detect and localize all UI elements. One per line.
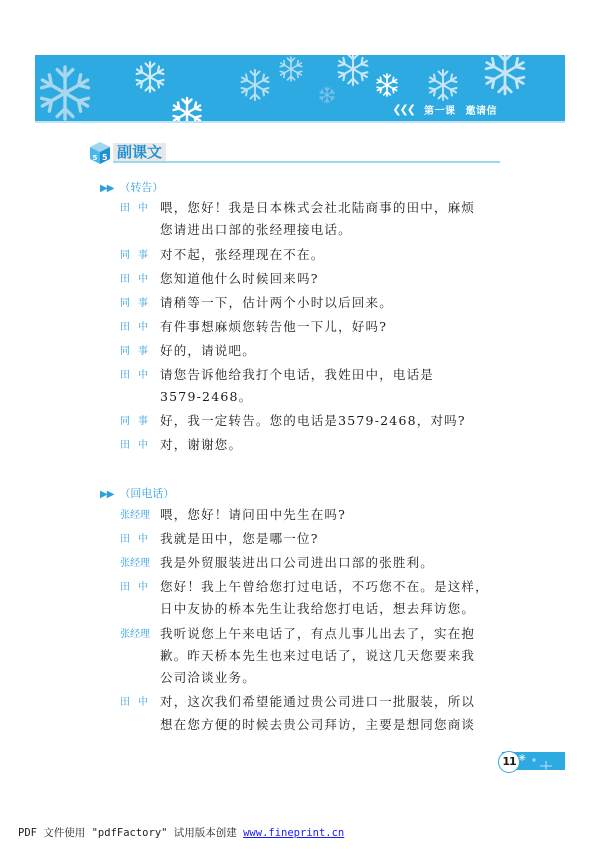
speaker-label: 田中 (120, 201, 160, 217)
speech-text: 我就是田中，您是哪一位? (160, 531, 319, 547)
speaker-label: 同事 (120, 296, 160, 312)
play-arrows-icon: ▶▶ (100, 183, 113, 194)
svg-text:5: 5 (93, 154, 98, 162)
speech-text: 您好！我上午曾给您打过电话，不巧您不在。是这样， (160, 579, 489, 595)
lesson-number: 第一课 (424, 102, 456, 117)
footer-text: PDF 文件使用 "pdfFactory" 试用版本创建 (18, 827, 243, 839)
speaker-label: 张经理 (120, 627, 160, 643)
section-title: 副课文 (113, 143, 166, 161)
speaker-label: 田中 (120, 438, 160, 454)
lesson-caption: ❮❮❮ 第一课 邀请信 (392, 102, 497, 117)
play-arrows-icon: ▶▶ (100, 489, 113, 500)
speech-text: 喂，您好！我是日本株式会社北陆商事的田中，麻烦 (160, 200, 475, 216)
speech-text: 好的，请说吧。 (160, 343, 256, 359)
speech-text: 歉。昨天桥本先生也来过电话了，说这几天您要来我 (160, 648, 475, 664)
dialogue-heading: ▶▶（转告） (100, 179, 163, 195)
pdf-footer: PDF 文件使用 "pdfFactory" 试用版本创建 www.finepri… (18, 825, 344, 840)
dialogue-title: （回电话） (119, 487, 174, 500)
speaker-label: 田中 (120, 580, 160, 596)
speech-text: 对，谢谢您。 (160, 437, 242, 453)
speaker-label: 同事 (120, 344, 160, 360)
speaker-label: 张经理 (120, 556, 160, 572)
footer-link[interactable]: www.fineprint.cn (243, 827, 344, 839)
speaker-label: 田中 (120, 320, 160, 336)
speech-text: 好，我一定转告。您的电话是3579-2468，对吗? (160, 413, 466, 429)
lesson-title: 邀请信 (466, 102, 498, 117)
speech-text: 您知道他什么时候回来吗? (160, 271, 319, 287)
speech-text: 我是外贸服装进出口公司进出口部的张胜利。 (160, 555, 434, 571)
speech-text: 3579-2468。 (160, 389, 252, 405)
section-divider (113, 161, 500, 163)
speaker-label: 田中 (120, 272, 160, 288)
speech-text: 喂，您好！请问田中先生在吗? (160, 507, 346, 523)
speech-text: 对不起，张经理现在不在。 (160, 247, 324, 263)
cube-badge-icon: 5 5 (88, 141, 112, 165)
dialogue-heading: ▶▶（回电话） (100, 485, 174, 501)
speaker-label: 田中 (120, 532, 160, 548)
speech-text: 公司洽谈业务。 (160, 670, 256, 686)
speech-text: 对，这次我们希望能通过贵公司进口一批服装，所以 (160, 694, 475, 710)
speaker-label: 张经理 (120, 508, 160, 524)
speaker-label: 田中 (120, 695, 160, 711)
speaker-label: 同事 (120, 414, 160, 430)
header-banner: ❮❮❮ 第一课 邀请信 (35, 55, 565, 123)
speech-text: 日中友协的桥本先生让我给您打电话，想去拜访您。 (160, 601, 475, 617)
speech-text: 请您告诉他给我打个电话，我姓田中，电话是 (160, 367, 434, 383)
speech-text: 您请进出口部的张经理接电话。 (160, 222, 352, 238)
speech-text: 我听说您上午来电话了，有点儿事儿出去了，实在抱 (160, 626, 475, 642)
speech-text: 有件事想麻烦您转告他一下儿，好吗? (160, 319, 387, 335)
speech-text: 想在您方便的时候去贵公司拜访，主要是想同您商谈 (160, 717, 475, 733)
dialogue-title: （转告） (119, 181, 163, 194)
speech-text: 请稍等一下，估计两个小时以后回来。 (160, 295, 393, 311)
speaker-label: 田中 (120, 368, 160, 384)
svg-text:5: 5 (102, 153, 108, 162)
page-number: 11 (498, 751, 520, 773)
section-header: 5 5 副课文 (88, 141, 500, 165)
chevron-left-icon: ❮❮❮ (392, 103, 414, 116)
speaker-label: 同事 (120, 248, 160, 264)
